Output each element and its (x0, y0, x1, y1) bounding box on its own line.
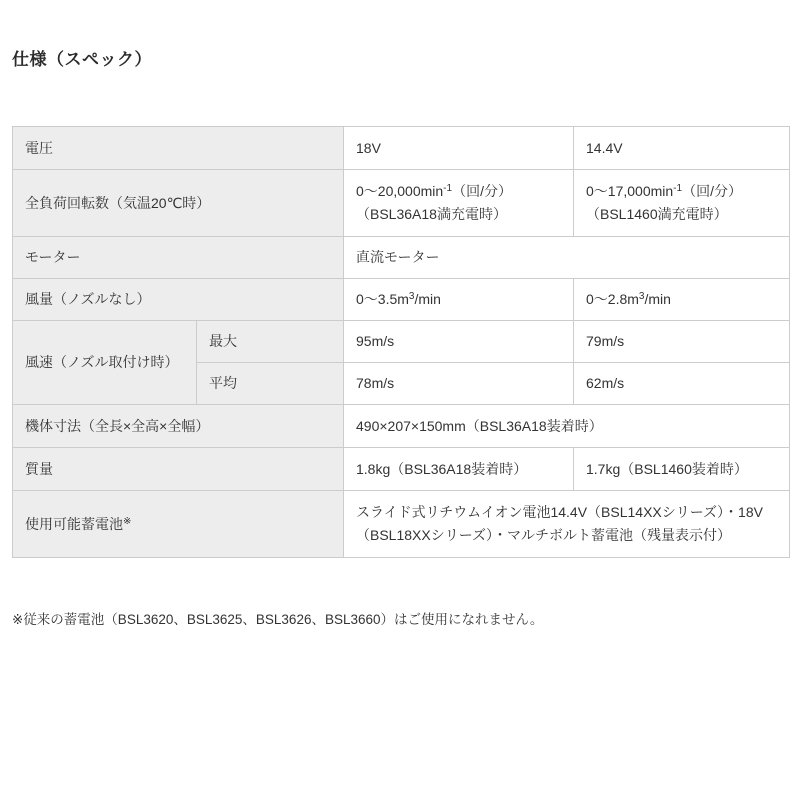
rotation-value-unit: （回/分） (682, 183, 742, 199)
spec-value-weight-18v: 1.8kg（BSL36A18装着時） (344, 448, 574, 491)
spec-sublabel-air-speed-avg: 平均 (197, 363, 344, 405)
spec-label-air-speed: 風速（ノズル取付け時） (13, 321, 197, 405)
air-volume-value-main: 0〜2.8m (586, 291, 639, 307)
spec-label-dimensions: 機体寸法（全長×全高×全幅） (13, 405, 344, 448)
rotation-value-main: 0〜20,000min (356, 183, 443, 199)
spec-value-air-volume-14v: 0〜2.8m3/min (574, 279, 790, 321)
spec-label-weight: 質量 (13, 448, 344, 491)
spec-value-dimensions: 490×207×150mm（BSL36A18装着時） (344, 405, 790, 448)
page-title: 仕様（スペック） (12, 45, 789, 70)
table-row-voltage: 電圧 18V 14.4V (13, 127, 790, 170)
table-row-motor: モーター 直流モーター (13, 237, 790, 279)
rotation-value-note: （BSL1460満充電時） (586, 206, 728, 222)
air-volume-value-superscript: 3 (409, 291, 415, 302)
table-row-weight: 質量 1.8kg（BSL36A18装着時） 1.7kg（BSL1460装着時） (13, 448, 790, 491)
spec-value-voltage-14v: 14.4V (574, 127, 790, 170)
spec-page: 仕様（スペック） 電圧 18V 14.4V 全負荷回転数（気温20℃時） 0〜2… (0, 0, 800, 800)
spec-label-air-volume: 風量（ノズルなし） (13, 279, 344, 321)
table-row-rotation: 全負荷回転数（気温20℃時） 0〜20,000min-1（回/分） （BSL36… (13, 170, 790, 237)
rotation-value-note: （BSL36A18満充電時） (356, 206, 507, 222)
spec-value-rotation-18v: 0〜20,000min-1（回/分） （BSL36A18満充電時） (344, 170, 574, 237)
spec-value-rotation-14v: 0〜17,000min-1（回/分） （BSL1460満充電時） (574, 170, 790, 237)
table-row-air-speed-max: 風速（ノズル取付け時） 最大 95m/s 79m/s (13, 321, 790, 363)
spec-value-air-speed-max-18v: 95m/s (344, 321, 574, 363)
spec-value-battery: スライド式リチウムイオン電池14.4V（BSL14XXシリーズ）・18V（BSL… (344, 491, 790, 558)
rotation-value-superscript: -1 (673, 183, 682, 194)
air-volume-value-superscript: 3 (639, 291, 645, 302)
battery-label-text: 使用可能蓄電池 (25, 516, 123, 532)
spec-label-voltage: 電圧 (13, 127, 344, 170)
battery-footnote-mark: ※ (123, 516, 131, 527)
spec-table: 電圧 18V 14.4V 全負荷回転数（気温20℃時） 0〜20,000min-… (12, 126, 790, 558)
air-volume-value-unit: /min (414, 291, 440, 307)
rotation-value-superscript: -1 (443, 183, 452, 194)
table-row-battery: 使用可能蓄電池※ スライド式リチウムイオン電池14.4V（BSL14XXシリーズ… (13, 491, 790, 558)
rotation-value-unit: （回/分） (452, 183, 512, 199)
spec-label-battery: 使用可能蓄電池※ (13, 491, 344, 558)
air-volume-value-unit: /min (644, 291, 670, 307)
spec-value-weight-14v: 1.7kg（BSL1460装着時） (574, 448, 790, 491)
spec-sublabel-air-speed-max: 最大 (197, 321, 344, 363)
rotation-value-main: 0〜17,000min (586, 183, 673, 199)
spec-value-air-speed-avg-14v: 62m/s (574, 363, 790, 405)
footnote: ※従来の蓄電池（BSL3620、BSL3625、BSL3626、BSL3660）… (12, 610, 789, 630)
table-row-dimensions: 機体寸法（全長×全高×全幅） 490×207×150mm（BSL36A18装着時… (13, 405, 790, 448)
table-row-air-volume: 風量（ノズルなし） 0〜3.5m3/min 0〜2.8m3/min (13, 279, 790, 321)
spec-value-air-speed-max-14v: 79m/s (574, 321, 790, 363)
spec-label-motor: モーター (13, 237, 344, 279)
spec-label-rotation: 全負荷回転数（気温20℃時） (13, 170, 344, 237)
spec-value-motor: 直流モーター (344, 237, 790, 279)
spec-value-voltage-18v: 18V (344, 127, 574, 170)
spec-value-air-volume-18v: 0〜3.5m3/min (344, 279, 574, 321)
air-volume-value-main: 0〜3.5m (356, 291, 409, 307)
spec-value-air-speed-avg-18v: 78m/s (344, 363, 574, 405)
